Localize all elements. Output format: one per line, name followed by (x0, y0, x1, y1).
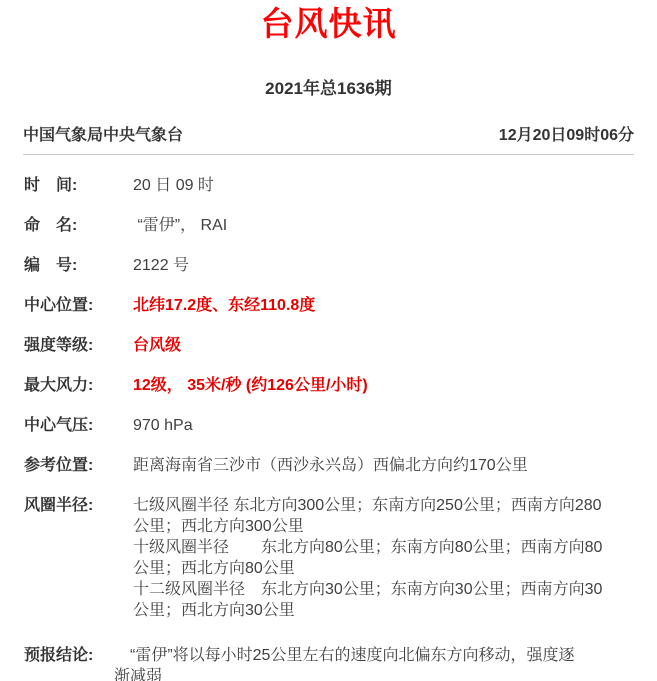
issue-number: 2021年总1636期 (0, 79, 657, 99)
row-max-wind: 最大风力: 12级， 35米/秒 (约126公里/小时) (24, 375, 633, 396)
value-name: “雷伊”， RAI (133, 215, 633, 236)
bulletin-body: 时 间: 20 日 09 时 命 名: “雷伊”， RAI 编 号: 2122 … (0, 155, 657, 681)
issue-datetime: 12月20日09时06分 (499, 122, 634, 145)
typhoon-bulletin-page: 台风快讯 2021年总1636期 中国气象局中央气象台 12月20日09时06分… (0, 0, 657, 681)
value-intensity: 台风级 (133, 335, 633, 356)
page-title: 台风快讯 (0, 0, 657, 43)
value-pressure: 970 hPa (133, 415, 633, 436)
label-center-position: 中心位置: (24, 295, 133, 316)
value-max-wind: 12级， 35米/秒 (约126公里/小时) (133, 375, 633, 396)
row-center-position: 中心位置: 北纬17.2度、东经110.8度 (24, 295, 633, 316)
label-number: 编 号: (24, 255, 133, 276)
label-wind-circle: 风圈半径: (24, 495, 133, 516)
row-pressure: 中心气压: 970 hPa (24, 415, 633, 436)
value-forecast: “雷伊”将以每小时25公里左右的速度向北偏东方向移动，强度逐 渐减弱 (114, 645, 633, 681)
row-intensity: 强度等级: 台风级 (24, 335, 633, 356)
row-name: 命 名: “雷伊”， RAI (24, 215, 633, 236)
label-name: 命 名: (24, 215, 133, 236)
value-wind-circle: 七级风圈半径 东北方向300公里；东南方向250公里；西南方向280 公里；西北… (133, 495, 633, 621)
label-max-wind: 最大风力: (24, 375, 133, 396)
label-pressure: 中心气压: (24, 415, 133, 436)
bulletin-header: 中国气象局中央气象台 12月20日09时06分 (23, 122, 634, 155)
row-wind-circle: 风圈半径: 七级风圈半径 东北方向300公里；东南方向250公里；西南方向280… (24, 495, 633, 621)
row-reference-position: 参考位置: 距离海南省三沙市（西沙永兴岛）西偏北方向约170公里 (24, 455, 633, 476)
label-intensity: 强度等级: (24, 335, 133, 356)
value-time: 20 日 09 时 (133, 175, 633, 196)
row-time: 时 间: 20 日 09 时 (24, 175, 633, 196)
value-center-position: 北纬17.2度、东经110.8度 (133, 295, 633, 316)
value-number: 2122 号 (133, 255, 633, 276)
row-number: 编 号: 2122 号 (24, 255, 633, 276)
label-time: 时 间: (24, 175, 133, 196)
value-reference-position: 距离海南省三沙市（西沙永兴岛）西偏北方向约170公里 (133, 455, 633, 476)
agency-name: 中国气象局中央气象台 (23, 122, 183, 145)
label-reference-position: 参考位置: (24, 455, 133, 476)
row-forecast: 预报结论: “雷伊”将以每小时25公里左右的速度向北偏东方向移动，强度逐 渐减弱 (24, 645, 633, 681)
